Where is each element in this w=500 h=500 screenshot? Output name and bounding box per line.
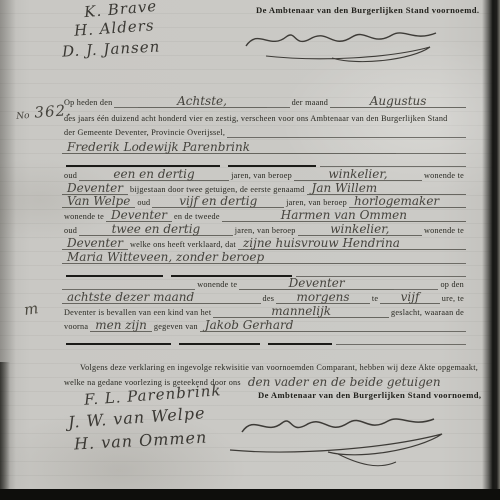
printed-text: voorna	[62, 322, 90, 332]
scan-gutter-band	[482, 0, 500, 500]
printed-text: Op heden den	[62, 98, 114, 108]
printed-text: oud	[62, 171, 79, 181]
deed-line: Deventerbijgestaan door twee getuigen, d…	[62, 181, 466, 195]
handwritten-text: Deventer	[62, 182, 128, 195]
handwritten-text: Van Welpe	[62, 195, 135, 208]
official-signature-top-icon	[240, 20, 450, 64]
handwritten-text: vijf en dertig	[152, 195, 284, 208]
deed-body: Op heden denAchtste,der maandAugustusdes…	[62, 92, 466, 388]
blank-rule	[396, 153, 466, 154]
deed-line	[62, 264, 466, 277]
printed-text: Deventer is bevallen van een kind van he…	[62, 308, 213, 318]
printed-text: oud	[135, 198, 152, 208]
printed-text: bijgestaan door twee getuigen, de eerste…	[128, 185, 307, 195]
scan-corner-shadow	[0, 362, 10, 492]
deed-line: oudeen en dertigjaren, van beroepwinkeli…	[62, 167, 466, 181]
blank-rule	[267, 107, 290, 108]
handwritten-text: zijne huisvrouw Hendrina	[238, 237, 466, 250]
handwritten-text: winkelier,	[294, 168, 422, 181]
handwritten-text: Augustus	[330, 95, 466, 108]
signature-witness-2: H. van Ommen	[74, 428, 208, 454]
printed-text: der maand	[290, 98, 331, 108]
handwritten-text: Achtste,	[138, 95, 267, 108]
printed-text: des jaars één duizend acht honderd vier …	[62, 114, 450, 124]
heavy-rule	[66, 275, 163, 277]
heavy-rule	[171, 275, 292, 277]
printed-text: jaren, van beroep	[229, 171, 294, 181]
printed-text: geslacht, waaraan de	[389, 308, 466, 318]
handwritten-text: men zijn	[90, 319, 152, 332]
handwritten-text: achtste dezer maand	[62, 291, 261, 304]
deed-line	[62, 332, 466, 345]
scan-bottom-edge	[0, 489, 500, 500]
handwritten-text: Deventer	[239, 277, 394, 290]
deed-line: welke na gedane voorlezing is geteekend …	[62, 373, 466, 388]
handwritten-text: een en dertig	[79, 168, 229, 181]
deed-line: Van Welpeoudvijf en dertigjaren, van ber…	[62, 195, 466, 209]
margin-paraph: m	[23, 299, 40, 319]
deed-line: Deventer is bevallen van een kind van he…	[62, 304, 466, 318]
handwritten-text: Jan Willem	[307, 182, 466, 195]
handwritten-text: Frederik Lodewijk Parenbrink	[62, 141, 396, 154]
printed-text: oud	[62, 226, 79, 236]
deed-line: wonende teDeventeren de tweedeHarmen van…	[62, 208, 466, 222]
blank-rule	[227, 137, 466, 138]
handwritten-text: Deventer	[106, 209, 172, 222]
deed-line	[62, 154, 466, 167]
printed-text: wonende te	[195, 280, 239, 290]
printed-text: op den	[438, 280, 466, 290]
printed-text: der Gemeente Deventer, Provincie Overijs…	[62, 128, 227, 138]
printed-text: te	[370, 294, 380, 304]
handwritten-text: twee en dertig	[79, 223, 233, 236]
deed-line: Deventerwelke ons heeft verklaard, datzi…	[62, 236, 466, 250]
deed-line: Frederik Lodewijk Parenbrink	[62, 138, 466, 154]
deed-line: achtste dezer maanddesmorgenstevijfure, …	[62, 290, 466, 304]
printed-text: welke ons heeft verklaard, dat	[128, 240, 238, 250]
printed-text: Volgens deze verklaring en ingevolge rek…	[78, 363, 480, 373]
printed-text: des	[261, 294, 277, 304]
official-caption-bottom: De Ambtenaar van den Burgerlijken Stand …	[258, 390, 481, 400]
heavy-rule	[66, 343, 171, 345]
heavy-rule	[228, 165, 317, 167]
printed-text: wonende te	[422, 171, 466, 181]
handwritten-text: Jakob Gerhard	[200, 319, 410, 332]
deed-line: der Gemeente Deventer, Provincie Overijs…	[62, 124, 466, 138]
blank-rule	[410, 331, 466, 332]
handwritten-text: den vader en de beide getuigen	[243, 376, 466, 388]
handwritten-text: Deventer	[62, 237, 128, 250]
blank-rule	[336, 344, 466, 345]
printed-text: jaren, van beroep	[233, 226, 298, 236]
heavy-rule	[179, 343, 260, 345]
deed-line: Volgens deze verklaring en ingevolge rek…	[62, 358, 466, 373]
printed-text: gegeven van	[152, 322, 200, 332]
act-number-prefix: No	[16, 111, 30, 122]
printed-text: wonende te	[62, 212, 106, 222]
official-signature-bottom-icon	[228, 404, 458, 476]
deed-line: Op heden denAchtste,der maandAugustus	[62, 92, 466, 108]
printed-text: ure, te	[440, 294, 466, 304]
handwritten-text: Harmen van Ommen	[222, 209, 466, 222]
blank-rule	[400, 263, 466, 264]
deed-line: oudtwee en dertigjaren, van beroepwinkel…	[62, 222, 466, 236]
deed-line: wonende teDeventerop den	[62, 277, 466, 291]
deed-line: voornamen zijngegeven vanJakob Gerhard	[62, 318, 466, 332]
blank-rule	[114, 107, 137, 108]
handwritten-text: Maria Witteveen, zonder beroep	[62, 251, 400, 264]
handwritten-text: mannelijk	[213, 305, 389, 318]
handwritten-text: winkelier,	[298, 223, 422, 236]
birth-certificate-scan: K. Brave H. Alders D. J. Jansen De Ambte…	[0, 0, 500, 500]
official-caption-top: De Ambtenaar van den Burgerlijken Stand …	[256, 5, 479, 15]
deed-line: des jaars één duizend acht honderd vier …	[62, 108, 466, 124]
signature-witness-prev-3: D. J. Jansen	[62, 37, 161, 60]
printed-text: jaren, van beroep	[284, 198, 349, 208]
handwritten-text: horlogemaker	[349, 195, 466, 208]
handwritten-text: vijf	[380, 291, 439, 304]
handwritten-text: morgens	[276, 291, 370, 304]
deed-line: Maria Witteveen, zonder beroep	[62, 250, 466, 264]
heavy-rule	[268, 343, 333, 345]
printed-text: wonende te	[422, 226, 466, 236]
printed-text: en de tweede	[172, 212, 222, 222]
